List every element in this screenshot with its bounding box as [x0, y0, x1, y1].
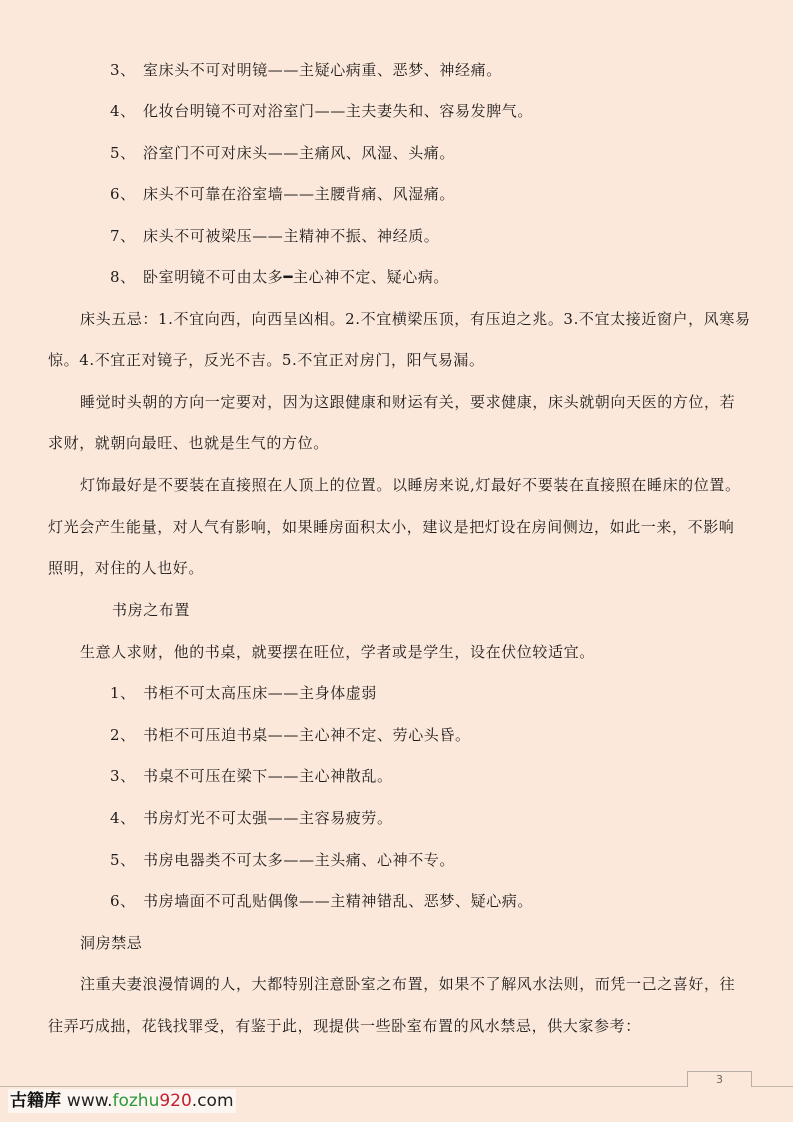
list-number: 5、	[110, 143, 136, 163]
paragraph-line: 床头五忌：1.不宜向西，向西呈凶相。2.不宜横梁压顶，有压迫之兆。3.不宜太接近…	[80, 309, 751, 329]
paragraph-line: 灯光会产生能量，对人气有影响，如果睡房面积太小，建议是把灯设在房间侧边，如此一来…	[48, 517, 734, 537]
list-text: 浴室门不可对床头——主痛风、风湿、头痛。	[143, 143, 455, 163]
list-number: 7、	[110, 226, 136, 246]
paragraph-line: 灯饰最好是不要装在直接照在人顶上的位置。以睡房来说,灯最好不要装在直接照在睡床的…	[80, 475, 741, 495]
paragraph-line: 求财，就朝向最旺、也就是生气的方位。	[48, 433, 329, 453]
list-text: 书房墙面不可乱贴偶像——主精神错乱、恶梦、疑心病。	[143, 891, 533, 911]
list-text: 卧室明镜不可由太多━主心神不定、疑心病。	[143, 267, 449, 287]
list-text: 床头不可靠在浴室墙——主腰背痛、风湿痛。	[143, 184, 455, 204]
list-text: 书柜不可太高压床——主身体虚弱	[143, 683, 377, 703]
section-heading: 洞房禁忌	[80, 933, 142, 953]
list-number: 8、	[110, 267, 136, 287]
list-number: 2、	[110, 725, 136, 745]
section-heading: 书房之布置	[112, 600, 190, 620]
footer-rule-right	[751, 1086, 793, 1087]
watermark-domain-green: fozhu	[112, 1091, 159, 1111]
list-number: 5、	[110, 850, 136, 870]
paragraph-line: 照明，对住的人也好。	[48, 558, 204, 578]
footer-rule-left	[0, 1086, 687, 1087]
list-number: 6、	[110, 891, 136, 911]
list-number: 6、	[110, 184, 136, 204]
paragraph-line: 惊。4.不宜正对镜子，反光不吉。5.不宜正对房门，阳气易漏。	[48, 350, 485, 370]
paragraph-line: 往弄巧成拙，花钱找罪受，有鉴于此，现提供一些卧室布置的风水禁忌，供大家参考：	[48, 1016, 641, 1036]
site-watermark: 古籍库 www.fozhu920.com	[8, 1089, 236, 1113]
list-number: 3、	[110, 766, 136, 786]
list-text: 书房电器类不可太多——主头痛、心神不专。	[143, 850, 455, 870]
watermark-domain-red: 920	[159, 1091, 191, 1111]
page-number: 3	[687, 1071, 752, 1087]
list-text: 书柜不可压迫书桌——主心神不定、劳心头昏。	[143, 725, 471, 745]
list-number: 4、	[110, 808, 136, 828]
watermark-tld: .com	[192, 1091, 234, 1111]
list-text: 书桌不可压在梁下——主心神散乱。	[143, 766, 393, 786]
list-number: 1、	[110, 683, 136, 703]
list-number: 4、	[110, 101, 136, 121]
list-number: 3、	[110, 60, 136, 80]
watermark-cn: 古籍库	[10, 1091, 61, 1111]
watermark-www: www.	[67, 1091, 113, 1111]
paragraph-line: 睡觉时头朝的方向一定要对，因为这跟健康和财运有关，要求健康，床头就朝向天医的方位…	[80, 392, 735, 412]
list-text: 化妆台明镜不可对浴室门——主夫妻失和、容易发脾气。	[143, 101, 533, 121]
list-text: 床头不可被梁压——主精神不振、神经质。	[143, 226, 439, 246]
list-text: 室床头不可对明镜——主疑心病重、恶梦、神经痛。	[143, 60, 502, 80]
list-text: 书房灯光不可太强——主容易疲劳。	[143, 808, 393, 828]
paragraph-line: 生意人求财，他的书桌，就要摆在旺位，学者或是学生，设在伏位较适宜。	[80, 642, 595, 662]
paragraph-line: 注重夫妻浪漫情调的人，大都特别注意卧室之布置，如果不了解风水法则，而凭一己之喜好…	[80, 974, 735, 994]
